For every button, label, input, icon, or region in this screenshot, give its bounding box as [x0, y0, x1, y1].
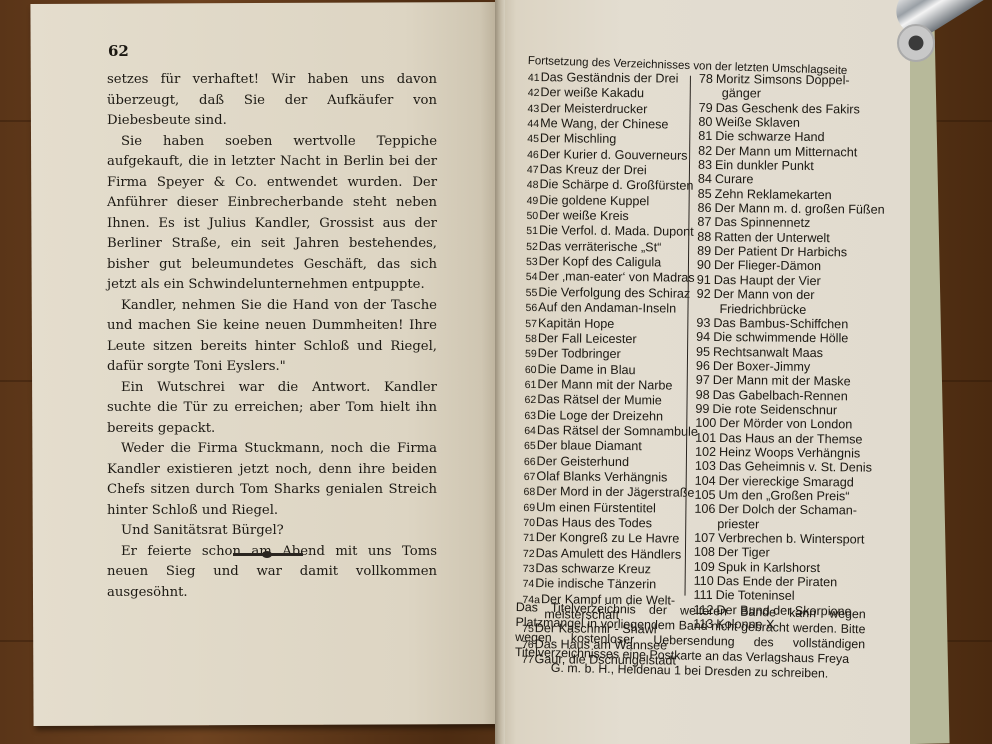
item-title: Das Haus an der Themse [719, 431, 862, 446]
item-title: Auf den Andaman-Inseln [538, 300, 676, 315]
list-item: 59Der Todbringer [525, 346, 690, 363]
list-item: 51Die Verfol. d. Mada. Dupont [526, 223, 691, 240]
item-title: Der Mann um Mitternacht [715, 144, 857, 159]
item-number: 57 [525, 317, 537, 329]
book-gutter [495, 0, 505, 744]
list-item: 48Die Schärpe d. Großfürsten [527, 177, 692, 194]
item-title: Die Dame in Blau [537, 362, 635, 377]
item-title: Der Tiger [718, 545, 770, 560]
item-title: Der Boxer-Jimmy [713, 359, 810, 374]
item-number: 87 [697, 215, 711, 229]
item-number: 110 [694, 574, 714, 588]
item-title: Kapitän Hope [538, 316, 614, 331]
item-number: 71 [523, 532, 535, 544]
item-title: Der Mann m. d. großen Füßen [715, 201, 885, 217]
item-title: Das Kreuz der Drei [540, 162, 647, 177]
item-title: Das Rätsel der Somnambule [537, 423, 698, 439]
list-item: 52Das verräterische „St“ [526, 239, 691, 256]
item-title: Der Fall Leicester [538, 331, 637, 346]
item-title: Das Rätsel der Mumie [537, 392, 662, 407]
item-number: 97 [696, 373, 710, 387]
item-title: Der Mörder von London [719, 416, 852, 431]
item-title: Curare [715, 172, 754, 186]
item-title: Spuk in Karlshorst [718, 560, 820, 575]
paragraph: Und Sanitätsrat Bürgel? [107, 521, 437, 542]
item-title: Der Patient Dr Harbichs [714, 244, 847, 259]
item-number: 61 [525, 379, 537, 391]
page-number: 62 [108, 42, 129, 60]
item-number: 52 [526, 241, 538, 253]
item-title: Der Mann mit der Narbe [537, 377, 672, 392]
list-item: 92Der Mann von derFriedrichbrücke [696, 287, 876, 318]
item-title: Rechtsanwalt Maas [713, 344, 823, 359]
item-number: 88 [697, 230, 711, 244]
list-item: 106Der Dolch der Schaman-priester [694, 502, 874, 533]
item-title: Der weiße Kreis [539, 208, 629, 223]
item-number: 95 [696, 344, 710, 358]
item-number: 41 [528, 72, 540, 84]
item-number: 98 [696, 387, 710, 401]
list-item: 73Das schwarze Kreuz [523, 561, 688, 578]
item-number: 80 [698, 115, 712, 129]
item-number: 60 [525, 364, 537, 376]
list-item: 41Das Geständnis der Drei [528, 70, 693, 87]
item-title: Der Kurier d. Gouverneurs [540, 147, 688, 163]
item-number: 99 [695, 402, 709, 416]
item-title: Der Flieger-Dämon [714, 258, 821, 273]
item-number: 72 [523, 548, 535, 560]
item-number: 58 [525, 333, 537, 345]
item-number: 69 [523, 502, 535, 514]
item-title: Die Loge der Dreizehn [537, 408, 663, 423]
item-number: 106 [694, 502, 715, 516]
list-item: 47Das Kreuz der Drei [527, 162, 692, 179]
item-number: 105 [694, 488, 715, 502]
item-title: Der blaue Diamant [537, 438, 642, 453]
item-title: Die indische Tänzerin [535, 576, 656, 591]
item-title: Um den „Großen Preis“ [719, 488, 850, 503]
item-title: Der Dolch der Schaman- [718, 502, 857, 517]
item-title: Der ‚man-eater‘ von Madras [538, 270, 694, 286]
item-number: 96 [696, 359, 710, 373]
item-title: Verbrechen b. Wintersport [718, 531, 864, 547]
item-number: 91 [697, 273, 711, 287]
item-number: 73 [523, 563, 535, 575]
item-title: Das verräterische „St“ [539, 239, 662, 254]
list-item: 56Auf den Andaman-Inseln [525, 300, 690, 317]
list-item: 72Das Amulett des Händlers [523, 546, 688, 563]
item-title: Um einen Fürstentitel [536, 500, 656, 515]
item-title: Olaf Blanks Verhängnis [536, 469, 667, 484]
list-item: 69Um einen Fürstentitel [523, 500, 688, 517]
item-title: Der Mann mit der Maske [713, 373, 851, 388]
item-title: Die Schärpe d. Großfürsten [539, 178, 693, 194]
item-title: Die Verfolgung des Schiraz [538, 285, 690, 301]
item-number: 83 [698, 158, 712, 172]
item-title: Die schwarze Hand [715, 129, 824, 144]
item-title: Die schwimmende Hölle [713, 330, 848, 345]
paragraph: Ein Wutschrei war die Antwort. Kandler s… [107, 378, 437, 440]
item-title: Das Gabelbach-Rennen [713, 388, 848, 403]
list-item: 43Der Meisterdrucker [528, 101, 693, 118]
item-title: Das Spinnennetz [714, 215, 810, 230]
item-title: Der Geisterhund [537, 454, 630, 469]
item-number: 44 [527, 118, 539, 130]
list-item: 67Olaf Blanks Verhängnis [524, 469, 689, 486]
item-number: 93 [696, 316, 710, 330]
list-item: 54Der ‚man-eater‘ von Madras [526, 269, 691, 286]
list-item: 64Das Rätsel der Somnambule [524, 423, 689, 440]
item-number: 63 [524, 410, 536, 422]
list-item: 53Der Kopf des Caligula [526, 254, 691, 271]
item-number: 100 [695, 416, 716, 430]
end-ornament [233, 553, 303, 556]
item-title: Die goldene Kuppel [539, 193, 649, 208]
item-title: Ein dunkler Punkt [715, 158, 814, 173]
item-title: Das Haupt der Vier [714, 273, 821, 288]
item-number: 50 [526, 210, 538, 222]
paragraph: Weder die Firma Stuckmann, noch die Firm… [107, 439, 437, 521]
item-number: 86 [697, 201, 711, 215]
item-title: Weiße Sklaven [715, 115, 800, 130]
title-list-right-column: 78Moritz Simsons Doppel-gänger79Das Gesc… [693, 72, 879, 633]
item-number: 107 [694, 531, 715, 545]
item-number: 108 [694, 545, 715, 559]
item-title: Der Mord in der Jägerstraße [536, 484, 694, 500]
list-item: 42Der weiße Kakadu [528, 85, 693, 102]
item-number: 81 [698, 129, 712, 143]
item-title: Das Haus des Todes [536, 515, 652, 530]
paragraph: setzes für verhaftet! Wir haben uns davo… [107, 70, 437, 132]
item-number: 43 [528, 103, 540, 115]
item-number: 111 [693, 588, 712, 602]
item-number: 54 [526, 271, 538, 283]
list-item: 46Der Kurier d. Gouverneurs [527, 147, 692, 164]
item-title: Das Geschenk des Fakirs [716, 101, 860, 117]
footnote-text: Das Titelverzeichnis der weiteren Bände … [515, 600, 866, 666]
list-item: 55Die Verfolgung des Schiraz [526, 285, 691, 302]
item-number: 51 [526, 225, 538, 237]
item-number: 53 [526, 256, 538, 268]
item-number: 42 [528, 87, 540, 99]
item-number: 94 [696, 330, 710, 344]
item-number: 104 [695, 473, 716, 487]
list-item: 62Das Rätsel der Mumie [524, 392, 689, 409]
item-number: 70 [523, 517, 535, 529]
item-number: 102 [695, 445, 716, 459]
item-number: 103 [695, 459, 716, 473]
item-title: Das Bambus-Schiffchen [713, 316, 848, 331]
list-item: 57Kapitän Hope [525, 315, 690, 332]
item-title: Das Amulett des Händlers [536, 546, 682, 562]
list-item: 63Die Loge der Dreizehn [524, 408, 689, 425]
list-item: 78Moritz Simsons Doppel-gänger [699, 72, 879, 103]
list-item: 71Der Kongreß zu Le Havre [523, 530, 688, 547]
item-title: Das Geheimnis v. St. Denis [719, 459, 872, 475]
item-number: 74 [523, 578, 535, 590]
item-number: 90 [697, 258, 711, 272]
item-number: 55 [526, 287, 538, 299]
item-title: Das Ende der Piraten [717, 574, 838, 589]
item-number: 92 [697, 287, 711, 301]
paragraph: Er feierte schon am Abend mit uns Toms n… [107, 542, 437, 604]
list-item: 44Me Wang, der Chinese [527, 116, 692, 133]
item-title: Heinz Woops Verhängnis [719, 445, 860, 460]
list-item: 58Der Fall Leicester [525, 331, 690, 348]
item-number: 67 [524, 471, 536, 483]
item-number: 45 [527, 133, 539, 145]
item-number: 46 [527, 149, 539, 161]
pen-end-icon [897, 24, 935, 62]
item-number: 82 [698, 144, 712, 158]
item-number: 66 [524, 456, 536, 468]
item-number: 89 [697, 244, 711, 258]
list-item: 74Die indische Tänzerin [523, 576, 688, 593]
item-title: Die Toteninsel [716, 588, 795, 603]
item-title: Zehn Reklamekarten [715, 187, 832, 202]
item-title: Das schwarze Kreuz [535, 561, 651, 576]
list-item: 60Die Dame in Blau [525, 362, 690, 379]
item-number: 62 [524, 394, 536, 406]
item-title: Der Meisterdrucker [540, 101, 647, 116]
list-item: 50Der weiße Kreis [526, 208, 691, 225]
item-title: Die Verfol. d. Mada. Dupont [539, 224, 694, 240]
item-number: 85 [698, 187, 712, 201]
item-title: Ratten der Unterwelt [714, 230, 830, 245]
item-title: Me Wang, der Chinese [540, 116, 668, 131]
item-number: 47 [527, 164, 539, 176]
paragraph: Sie haben soeben wertvolle Teppiche aufg… [107, 132, 437, 296]
paragraph: Kandler, nehmen Sie die Hand von der Tas… [107, 296, 437, 378]
item-title: Moritz Simsons Doppel- [716, 72, 850, 87]
list-item: 68Der Mord in der Jägerstraße [524, 484, 689, 501]
item-number: 65 [524, 440, 536, 452]
item-number: 59 [525, 348, 537, 360]
item-number: 84 [698, 172, 712, 186]
item-title: Der Mischling [540, 132, 616, 147]
item-title: Der Kongreß zu Le Havre [536, 530, 680, 546]
item-title: Der viereckige Smaragd [719, 474, 854, 489]
item-number: 49 [527, 195, 539, 207]
item-number: 101 [695, 430, 716, 444]
left-page-text: setzes für verhaftet! Wir haben uns davo… [107, 70, 437, 603]
item-number: 48 [527, 179, 539, 191]
item-title: Die rote Seidenschnur [712, 402, 837, 417]
item-title: Der Mann von der [714, 287, 815, 302]
list-item: 49Die goldene Kuppel [527, 193, 692, 210]
item-number: 109 [694, 559, 715, 573]
list-item: 65Der blaue Diamant [524, 438, 689, 455]
item-title: Das Geständnis der Drei [541, 70, 679, 85]
item-title: Der Kopf des Caligula [539, 254, 662, 269]
item-title: Der weiße Kakadu [540, 85, 644, 100]
list-item: 61Der Mann mit der Narbe [525, 377, 690, 394]
item-number: 68 [524, 486, 536, 498]
item-number: 79 [699, 100, 713, 114]
item-number: 56 [525, 302, 537, 314]
item-number: 64 [524, 425, 536, 437]
title-list-left-column: 41Das Geständnis der Drei42Der weiße Kak… [522, 70, 693, 669]
item-title: Der Todbringer [538, 346, 621, 361]
list-item: 70Das Haus des Todes [523, 515, 688, 532]
footnote: Das Titelverzeichnis der weiteren Bände … [514, 600, 865, 682]
item-number: 78 [699, 72, 713, 86]
list-item: 66Der Geisterhund [524, 454, 689, 471]
list-item: 45Der Mischling [527, 131, 692, 148]
